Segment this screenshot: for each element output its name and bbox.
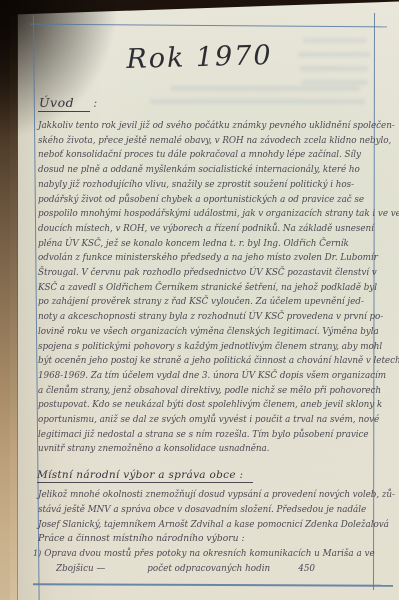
handwritten-line: nabyly již rozhodujícího vlivu, snažily … xyxy=(38,178,378,193)
item-place: Zbojšicu — xyxy=(56,564,105,574)
handwritten-line: pospolilo mnohými hospodářskými událostm… xyxy=(38,207,378,222)
handwritten-line: noty a akceschopnosti strany byla z rozh… xyxy=(38,310,378,325)
handwritten-line: ského života, přece ještě nemalé obavy, … xyxy=(38,134,378,149)
handwritten-line: oportunismu, aniž se dal ze svých omylů … xyxy=(38,413,378,428)
handwritten-line: stává ještě MNV a správa obce v dosavadn… xyxy=(38,503,378,518)
work-item-line-1: 1)Oprava dvou mostů přes potoky na okres… xyxy=(33,549,375,559)
page-edge-seam xyxy=(17,0,18,600)
handwritten-line: postupovat. Kdo se neukázal býti dost sp… xyxy=(38,398,378,413)
chronicle-page-photo: Rok 1970 Úvod: Jakkoliv tento rok jevil … xyxy=(0,0,399,600)
handwritten-line: dosud ne plně a oddaně myšlenkám sociali… xyxy=(38,163,378,178)
handwritten-line: Jakkoliv tento rok jevil již od svého po… xyxy=(38,119,378,134)
handwritten-line: pléna ÚV KSČ, jež se konalo koncem ledna… xyxy=(38,237,378,252)
ink-show-through xyxy=(170,86,360,91)
hours-label: počet odpracovaných hodin xyxy=(147,564,270,574)
handwritten-line: a členům strany, jenž obsahoval direktiv… xyxy=(38,384,378,399)
heading-colon: : xyxy=(93,95,98,110)
intro-paragraph: Jakkoliv tento rok jevil již od svého po… xyxy=(38,119,378,457)
section-heading-uvod: Úvod: xyxy=(38,95,98,112)
work-item-line-2: Zbojšicu —počet odpracovaných hodin450 xyxy=(56,564,315,574)
handwritten-line: uvnitř strany znemožněno a konsolidace u… xyxy=(38,442,378,457)
ink-show-through xyxy=(150,99,365,104)
handwritten-line: Štrougal. V červnu pak rozhodlo předsedn… xyxy=(38,266,378,281)
margin-line-bottom xyxy=(33,583,393,586)
mnv-works-subheading: Práce a činnost místního národního výbor… xyxy=(38,533,245,544)
handwritten-line: Jelikož mnohé okolnosti znemožňují dosud… xyxy=(38,488,378,503)
ink-show-through xyxy=(302,80,368,85)
handwritten-line: podářský život od působení chybek a opor… xyxy=(38,193,378,208)
item-number: 1) xyxy=(33,549,41,558)
handwritten-line: odvolán z funkce ministerského předsedy … xyxy=(38,251,378,266)
item-text: Oprava dvou mostů přes potoky na okresní… xyxy=(44,549,374,559)
heading-text: Úvod xyxy=(38,95,90,112)
year-title: Rok 1970 xyxy=(0,36,399,78)
mnv-paragraph: Jelikož mnohé okolnosti znemožňují dosud… xyxy=(38,488,378,532)
handwritten-line: neboť konsolidační proces tu dále pokrač… xyxy=(38,148,378,163)
handwritten-line: lovině roku ve všech organizacích výměna… xyxy=(38,325,378,340)
handwritten-line: KSČ a zavedl s Oldřichem Černíkem strani… xyxy=(38,281,378,296)
section-heading-mnv: Místní národní výbor a správa obce : xyxy=(37,469,253,483)
handwritten-line: být oceněn jeho postoj ke straně a jeho … xyxy=(38,354,378,369)
margin-line-top xyxy=(30,24,387,28)
hours-value: 450 xyxy=(298,564,315,574)
handwritten-line: legitimaci již nedostal a strana se s ní… xyxy=(38,428,378,443)
handwritten-line: doucích místech, v ROH, ve výborech a ří… xyxy=(38,222,378,237)
handwritten-line: po zahájení prověrek strany z řad KSČ vy… xyxy=(38,295,378,310)
book-edge-top xyxy=(0,0,399,15)
handwritten-line: spojena s politickými pohovory s každým … xyxy=(38,340,378,355)
handwritten-line: 1968-1969. Za tím účelem vydal dne 3. ún… xyxy=(38,369,378,384)
handwritten-line: Josef Slanický, tajemníkem Arnošt Zdviha… xyxy=(38,518,378,533)
